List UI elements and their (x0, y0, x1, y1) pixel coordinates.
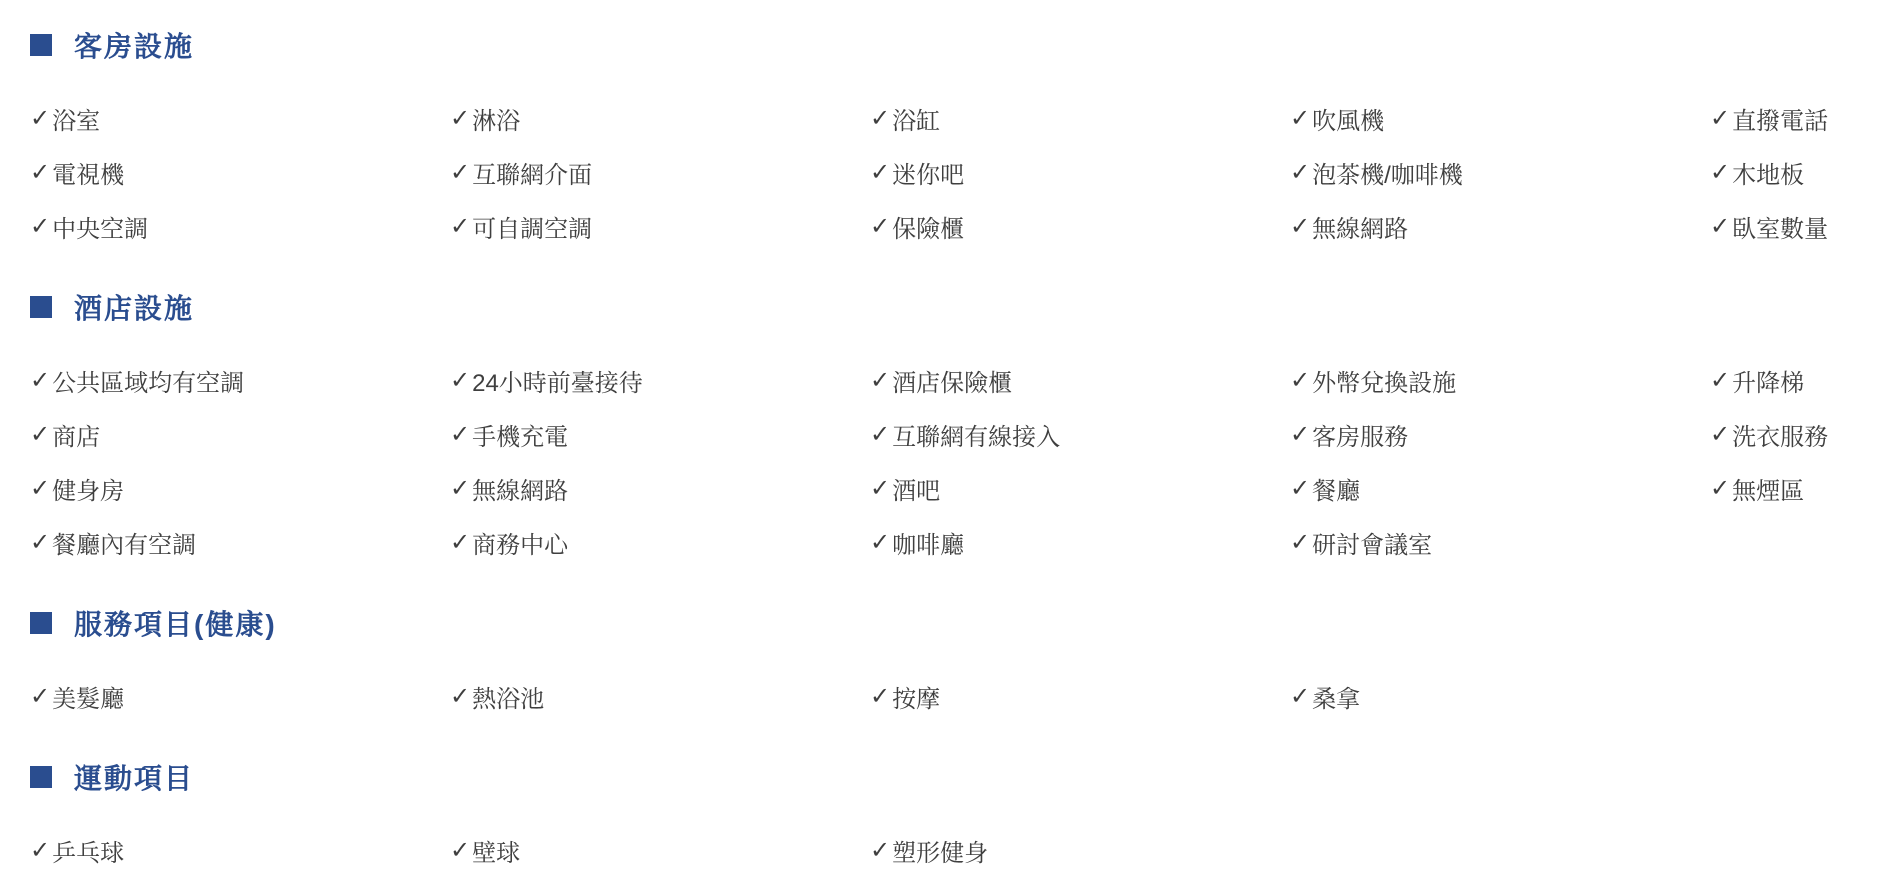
checkmark-icon: ✓ (1290, 682, 1310, 711)
checkmark-icon: ✓ (1290, 528, 1310, 557)
section-title: 酒店設施 (74, 287, 194, 327)
facility-item: ✓公共區域均有空調 (30, 363, 450, 398)
checkmark-icon: ✓ (450, 158, 470, 187)
facility-item: ✓塑形健身 (870, 833, 1290, 868)
facility-item: ✓客房服務 (1290, 417, 1710, 452)
facility-item: ✓壁球 (450, 833, 870, 868)
facility-item: ✓按摩 (870, 679, 1290, 714)
facility-item: ✓保險櫃 (870, 209, 1290, 244)
facility-item-label: 浴室 (52, 101, 100, 136)
facility-item: ✓餐廳 (1290, 471, 1710, 506)
facility-item: ✓升降梯 (1710, 363, 1882, 398)
facility-item-label: 酒店保險櫃 (892, 363, 1012, 398)
checkmark-icon: ✓ (450, 682, 470, 711)
checkmark-icon: ✓ (870, 366, 890, 395)
facility-item: ✓咖啡廳 (870, 525, 1290, 560)
facility-item-label: 直撥電話 (1732, 101, 1828, 136)
checkmark-icon: ✓ (450, 528, 470, 557)
facility-item: ✓24小時前臺接待 (450, 363, 870, 398)
checkmark-icon: ✓ (450, 212, 470, 241)
section-heading: 客房設施 (30, 29, 1882, 61)
facility-item-label: 無線網路 (1312, 209, 1408, 244)
checkmark-icon: ✓ (450, 836, 470, 865)
facility-item-label: 保險櫃 (892, 209, 964, 244)
checkmark-icon: ✓ (450, 366, 470, 395)
checkmark-icon: ✓ (30, 474, 50, 503)
facility-item: ✓浴缸 (870, 101, 1290, 136)
facility-item: ✓可自調空調 (450, 209, 870, 244)
facility-item-label: 無線網路 (472, 471, 568, 506)
items-grid: ✓浴室✓淋浴✓浴缸✓吹風機✓直撥電話✓電視機✓互聯網介面✓迷你吧✓泡茶機/咖啡機… (30, 91, 1882, 253)
checkmark-icon: ✓ (1710, 474, 1730, 503)
square-bullet-icon (30, 766, 52, 788)
facility-item-label: 商務中心 (472, 525, 568, 560)
facility-item: ✓健身房 (30, 471, 450, 506)
checkmark-icon: ✓ (30, 104, 50, 133)
facility-item: ✓互聯網有線接入 (870, 417, 1290, 452)
facility-item-label: 塑形健身 (892, 833, 988, 868)
facility-item: ✓互聯網介面 (450, 155, 870, 190)
checkmark-icon: ✓ (1290, 104, 1310, 133)
facility-item-label: 手機充電 (472, 417, 568, 452)
square-bullet-icon (30, 34, 52, 56)
facility-item: ✓臥室數量 (1710, 209, 1882, 244)
facility-item-label: 泡茶機/咖啡機 (1312, 155, 1463, 190)
section-heading: 酒店設施 (30, 291, 1882, 323)
facility-item: ✓酒吧 (870, 471, 1290, 506)
facility-item-label: 升降梯 (1732, 363, 1804, 398)
checkmark-icon: ✓ (1290, 158, 1310, 187)
square-bullet-icon (30, 612, 52, 634)
checkmark-icon: ✓ (1710, 420, 1730, 449)
checkmark-icon: ✓ (870, 420, 890, 449)
section-title: 服務項目(健康) (74, 603, 277, 643)
facility-section: 運動項目✓乒乓球✓壁球✓塑形健身 (30, 761, 1882, 877)
facility-item-label: 吹風機 (1312, 101, 1384, 136)
facility-item-label: 外幣兌換設施 (1312, 363, 1456, 398)
hotel-facilities-page: 客房設施✓浴室✓淋浴✓浴缸✓吹風機✓直撥電話✓電視機✓互聯網介面✓迷你吧✓泡茶機… (0, 0, 1882, 886)
facility-item-label: 洗衣服務 (1732, 417, 1828, 452)
checkmark-icon: ✓ (1290, 212, 1310, 241)
facility-item: ✓電視機 (30, 155, 450, 190)
facility-item-label: 無煙區 (1732, 471, 1804, 506)
checkmark-icon: ✓ (450, 420, 470, 449)
facility-item-label: 中央空調 (52, 209, 148, 244)
checkmark-icon: ✓ (870, 528, 890, 557)
facility-item-label: 迷你吧 (892, 155, 964, 190)
facility-item: ✓熱浴池 (450, 679, 870, 714)
facility-item-label: 客房服務 (1312, 417, 1408, 452)
facility-item: ✓桑拿 (1290, 679, 1710, 714)
facility-item: ✓無煙區 (1710, 471, 1882, 506)
checkmark-icon: ✓ (450, 474, 470, 503)
section-heading: 服務項目(健康) (30, 607, 1882, 639)
facility-item: ✓木地板 (1710, 155, 1882, 190)
facility-item: ✓迷你吧 (870, 155, 1290, 190)
checkmark-icon: ✓ (1710, 212, 1730, 241)
facility-item-label: 餐廳 (1312, 471, 1360, 506)
checkmark-icon: ✓ (30, 158, 50, 187)
facility-item: ✓中央空調 (30, 209, 450, 244)
checkmark-icon: ✓ (1710, 366, 1730, 395)
section-title: 客房設施 (74, 25, 194, 65)
facility-item-label: 餐廳內有空調 (52, 525, 196, 560)
facility-item: ✓商務中心 (450, 525, 870, 560)
facility-item: ✓淋浴 (450, 101, 870, 136)
facility-item-label: 互聯網介面 (472, 155, 592, 190)
facility-item: ✓洗衣服務 (1710, 417, 1882, 452)
facility-section: 酒店設施✓公共區域均有空調✓24小時前臺接待✓酒店保險櫃✓外幣兌換設施✓升降梯✓… (30, 291, 1882, 569)
facility-section: 客房設施✓浴室✓淋浴✓浴缸✓吹風機✓直撥電話✓電視機✓互聯網介面✓迷你吧✓泡茶機… (30, 29, 1882, 253)
facility-item-label: 健身房 (52, 471, 124, 506)
facility-item: ✓美髮廳 (30, 679, 450, 714)
checkmark-icon: ✓ (1290, 420, 1310, 449)
facility-item: ✓酒店保險櫃 (870, 363, 1290, 398)
facility-item-label: 按摩 (892, 679, 940, 714)
facility-item: ✓研討會議室 (1290, 525, 1710, 560)
checkmark-icon: ✓ (30, 366, 50, 395)
facility-item-label: 熱浴池 (472, 679, 544, 714)
facility-item-label: 咖啡廳 (892, 525, 964, 560)
facility-item: ✓吹風機 (1290, 101, 1710, 136)
facility-item-label: 互聯網有線接入 (892, 417, 1060, 452)
facility-item: ✓浴室 (30, 101, 450, 136)
section-heading: 運動項目 (30, 761, 1882, 793)
facility-item-label: 浴缸 (892, 101, 940, 136)
facility-item: ✓商店 (30, 417, 450, 452)
facility-item: ✓無線網路 (450, 471, 870, 506)
items-grid: ✓乒乓球✓壁球✓塑形健身 (30, 823, 1882, 877)
facility-item-label: 乒乓球 (52, 833, 124, 868)
facility-item: ✓無線網路 (1290, 209, 1710, 244)
checkmark-icon: ✓ (30, 528, 50, 557)
facility-section: 服務項目(健康)✓美髮廳✓熱浴池✓按摩✓桑拿 (30, 607, 1882, 723)
items-grid: ✓公共區域均有空調✓24小時前臺接待✓酒店保險櫃✓外幣兌換設施✓升降梯✓商店✓手… (30, 353, 1882, 569)
facility-item-label: 公共區域均有空調 (52, 363, 244, 398)
section-title: 運動項目 (74, 757, 194, 797)
facility-item-label: 淋浴 (472, 101, 520, 136)
facility-item-label: 桑拿 (1312, 679, 1360, 714)
facility-item: ✓餐廳內有空調 (30, 525, 450, 560)
facility-item-label: 商店 (52, 417, 100, 452)
facility-item-label: 酒吧 (892, 471, 940, 506)
square-bullet-icon (30, 296, 52, 318)
checkmark-icon: ✓ (870, 212, 890, 241)
facility-item: ✓泡茶機/咖啡機 (1290, 155, 1710, 190)
checkmark-icon: ✓ (870, 474, 890, 503)
checkmark-icon: ✓ (30, 420, 50, 449)
checkmark-icon: ✓ (450, 104, 470, 133)
facility-item-label: 電視機 (52, 155, 124, 190)
facility-item: ✓乒乓球 (30, 833, 450, 868)
facility-item-label: 24小時前臺接待 (472, 363, 643, 398)
checkmark-icon: ✓ (1290, 474, 1310, 503)
checkmark-icon: ✓ (870, 104, 890, 133)
items-grid: ✓美髮廳✓熱浴池✓按摩✓桑拿 (30, 669, 1882, 723)
checkmark-icon: ✓ (1290, 366, 1310, 395)
facility-item-label: 臥室數量 (1732, 209, 1828, 244)
facility-item: ✓直撥電話 (1710, 101, 1882, 136)
checkmark-icon: ✓ (870, 158, 890, 187)
facility-item-label: 研討會議室 (1312, 525, 1432, 560)
facility-item: ✓外幣兌換設施 (1290, 363, 1710, 398)
checkmark-icon: ✓ (30, 212, 50, 241)
facility-item-label: 壁球 (472, 833, 520, 868)
checkmark-icon: ✓ (1710, 104, 1730, 133)
checkmark-icon: ✓ (1710, 158, 1730, 187)
checkmark-icon: ✓ (30, 682, 50, 711)
facility-item-label: 美髮廳 (52, 679, 124, 714)
checkmark-icon: ✓ (870, 682, 890, 711)
facility-item-label: 可自調空調 (472, 209, 592, 244)
checkmark-icon: ✓ (870, 836, 890, 865)
facility-item-label: 木地板 (1732, 155, 1804, 190)
checkmark-icon: ✓ (30, 836, 50, 865)
facility-item: ✓手機充電 (450, 417, 870, 452)
